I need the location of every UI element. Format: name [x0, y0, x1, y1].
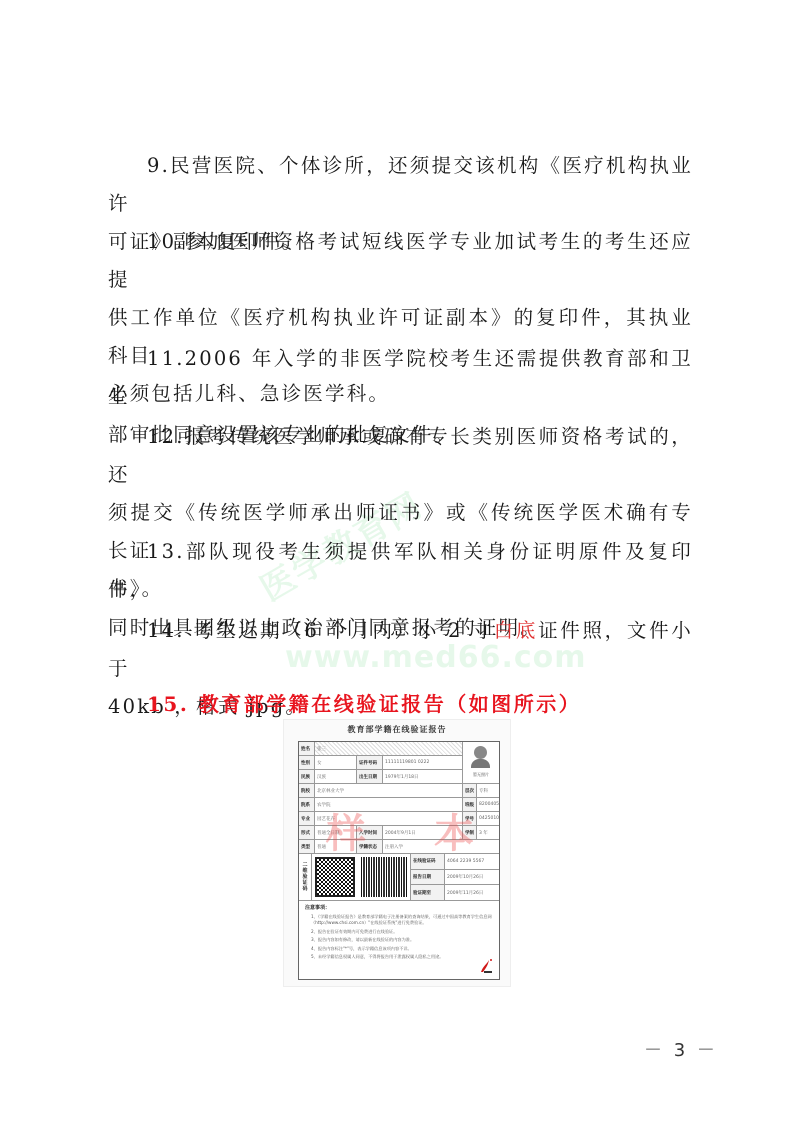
report-title: 教育部学籍在线验证报告	[284, 724, 510, 735]
text-line: 10.参加医师资格考试短线医学专业加试考生的考生还应提	[108, 223, 693, 299]
verification-report-image: 教育部学籍在线验证报告 姓名 张三 性别 女 证件号码 11111119801 …	[284, 720, 510, 986]
text-line: 13.部队现役考生须提供军队相关身份证明原件及复印件，	[108, 533, 693, 609]
page-number: － 3 －	[644, 1036, 718, 1062]
qr-info: 在线验证码4064 2239 5567 报告日期2009年10月26日 验证期至…	[410, 854, 499, 900]
text-line: 12.报考传统医学师承或确有专长类别医师资格考试的，还	[108, 418, 693, 494]
qr-section: 二维验证码 在线验证码4064 2239 5567 报告日期2009年10月26…	[299, 854, 499, 901]
report-row-school: 院校 北京林业大学 层次 专科	[299, 784, 499, 798]
avatar-body-icon	[471, 759, 490, 768]
photo-placeholder: 暂无照片	[462, 742, 499, 781]
text-line: 14. 考生近期（6 个月内）小 2 寸白底证件照，文件小于	[108, 612, 693, 688]
report-table: 姓名 张三 性别 女 证件号码 11111119801 0222 民族 汉族 出…	[298, 741, 500, 980]
qr-code-icon	[315, 857, 355, 897]
avatar-head-icon	[474, 746, 487, 759]
text-line: 9.民营医院、个体诊所，还须提交该机构《医疗机构执业许	[108, 147, 693, 223]
report-row-type: 类型 普通 学籍状态 注册入学	[299, 840, 499, 854]
qr-label: 二维验证码	[299, 854, 312, 900]
report-notes: 注意事项： 1、《学籍在线验证报告》是教育部学籍电子注册备案的查询结果，可通过中…	[299, 901, 499, 979]
report-row-form: 形式 普通全日制 入学时间 2004年9月1日 学制 3 年	[299, 826, 499, 840]
chsi-logo-icon	[479, 958, 493, 974]
report-row-dept: 院系 农学院 班级 820040501	[299, 798, 499, 812]
barcode-2d-icon	[361, 857, 407, 897]
report-row-major: 专业 园艺花卉 学号 04250101	[299, 812, 499, 826]
heading-15: 15. 教育部学籍在线验证报告（如图所示）	[147, 688, 581, 717]
text-line: 11.2006 年入学的非医学院校考生还需提供教育部和卫生	[108, 340, 693, 416]
highlight-white-background: 白底	[494, 619, 538, 642]
document-page: 医学教育网 www.med66.com 9.民营医院、个体诊所，还须提交该机构《…	[0, 0, 793, 1122]
